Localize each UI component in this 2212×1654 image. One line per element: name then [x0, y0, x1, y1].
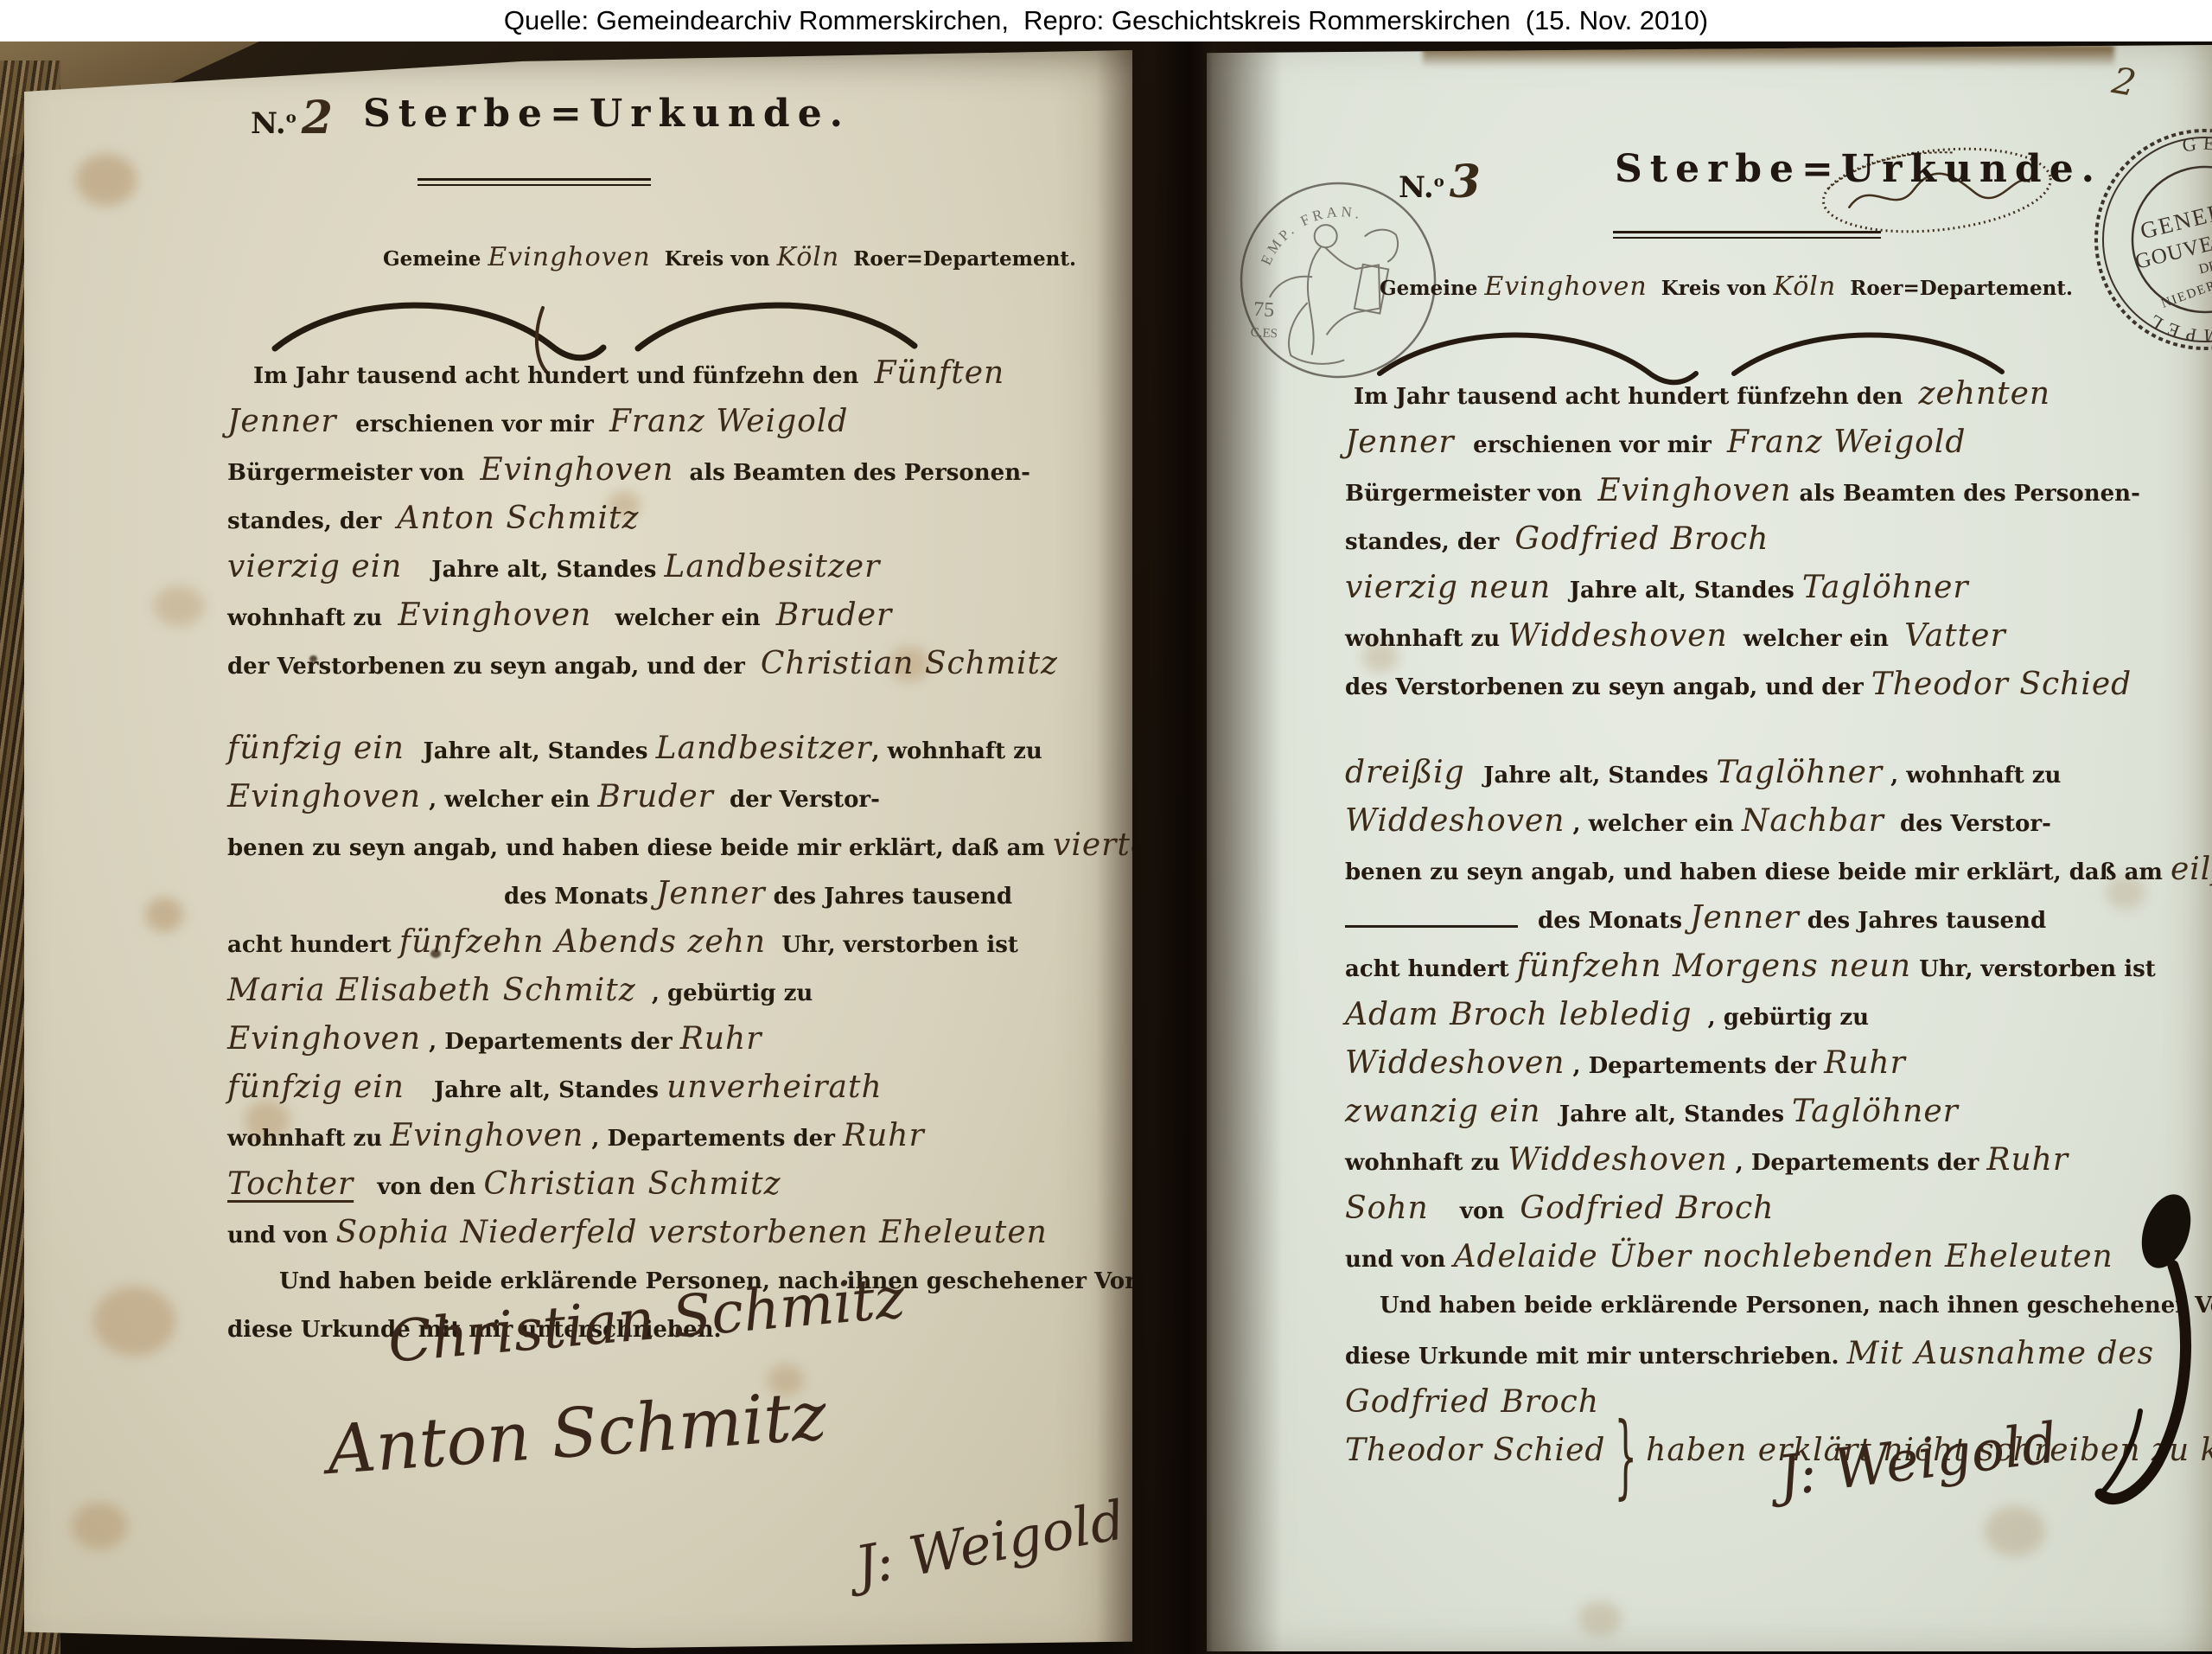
svg-text:GEWÖHNLICHER STEMPEL: GEWÖHNLICHER STEMPEL — [2098, 109, 2212, 364]
printed-form-text: Kreis von — [1648, 277, 1774, 300]
handwritten-entry: Sohn — [1345, 1191, 1429, 1226]
printed-form-text: Jahre alt, Standes — [1552, 1102, 1792, 1127]
printed-form-text: acht hundert — [227, 932, 399, 958]
foxing-stain — [1985, 1506, 2045, 1556]
handwritten-entry: Widdeshoven — [1508, 1142, 1727, 1178]
left-page: N.o2 Sterbe=Urkunde. Gemeine Evinghoven … — [24, 50, 1132, 1648]
gemeine-line-right: Gemeine Evinghoven Kreis von Köln Roer=D… — [1380, 263, 2073, 311]
printed-form-text: der Verstor- — [714, 787, 880, 813]
printed-form-text: Und haben beide erklärende Personen, nac… — [1380, 1293, 2212, 1319]
foxing-stain — [93, 1287, 175, 1356]
handwritten-entry: Jenner — [1690, 900, 1800, 936]
printed-form-text: des Monats — [504, 884, 656, 910]
handwritten-entry: Franz Weigold — [609, 404, 848, 439]
form-line: wohnhaft zu Evinghoven welcher ein Brude… — [227, 591, 1109, 640]
record-number-value: 3 — [1450, 156, 1481, 208]
handwritten-entry: Vatter — [1904, 618, 2006, 654]
form-line: dreißig Jahre alt, Standes Taglöhner , w… — [1345, 749, 2201, 797]
printed-form-text: wohnhaft zu — [1345, 1150, 1508, 1176]
handwritten-entry: Christian Schmitz — [483, 1166, 781, 1202]
handwritten-entry: Godfried Broch — [1345, 1384, 1599, 1420]
form-line: des Verstorbenen zu seyn angab, und der … — [1345, 661, 2201, 709]
form-line: vierzig neun Jahre alt, Standes Taglöhne… — [1345, 564, 2201, 612]
handwritten-entry: unverheirath — [666, 1070, 883, 1105]
handwritten-entry: Evinghoven — [1484, 271, 1647, 302]
form-line: Sohn von Godfried Broch — [1345, 1185, 2201, 1233]
printed-form-text: acht hundert — [1345, 956, 1517, 982]
handwritten-entry: Taglöhner — [1802, 570, 1969, 605]
handwritten-entry: Bruder — [776, 597, 892, 633]
government-stamp-ring-text: GEWÖHNLICHER STEMPEL — [2098, 109, 2212, 364]
handwritten-entry: Fünften — [875, 355, 1005, 391]
source-banner: Quelle: Gemeindearchiv Rommerskirchen, R… — [0, 0, 2212, 42]
handwritten-entry: Taglöhner — [1792, 1094, 1959, 1129]
form-line: Evinghoven , welcher ein Bruder der Vers… — [227, 773, 1109, 821]
handwritten-entry: Sophia Niederfeld verstorbenen Eheleuten — [335, 1215, 1047, 1250]
form-line: standes, der Anton Schmitz — [227, 495, 1109, 543]
revenue-stamp-value: 75 — [1253, 298, 1274, 322]
record-number: N.o2 — [251, 92, 333, 144]
handwritten-entry: Tochter — [227, 1166, 354, 1202]
form-line: fünfzig ein Jahre alt, Standes unverheir… — [227, 1063, 1109, 1112]
printed-form-text: Jahre alt, Standes — [1562, 578, 1802, 603]
printed-form-text: Bürgermeister von — [227, 460, 480, 486]
form-line: Widdeshoven , welcher ein Nachbar des Ve… — [1345, 797, 2201, 846]
form-line: benen zu seyn angab, und haben diese bei… — [227, 821, 1109, 870]
printed-form-text: Jahre alt, Standes — [1476, 763, 1716, 789]
printed-form-text: welcher ein — [1728, 626, 1904, 652]
page-title: Sterbe=Urkunde. — [1615, 147, 2102, 191]
handwritten-entry: fünfzehn Abends zehn — [399, 924, 766, 960]
printed-form-text: Kreis von — [651, 247, 777, 271]
printed-form-text: Gemeine — [1380, 277, 1484, 300]
printed-form-text: Uhr, verstorben ist — [1911, 956, 2156, 982]
form-line: Bürgermeister von Evinghoven als Beamten… — [1345, 467, 2201, 515]
page-title: Sterbe=Urkunde. — [363, 92, 851, 136]
oval-paraph-icon — [1807, 123, 2068, 261]
form-line: fünfzig ein Jahre alt, Standes Landbesit… — [227, 725, 1109, 773]
handwritten-entry: Ruhr — [1824, 1045, 1906, 1081]
form-line: des Monats Jenner des Jahres tausend — [227, 870, 1109, 918]
handwritten-entry: Landbesitzer — [656, 731, 872, 766]
gemeine-line-left: Gemeine Evinghoven Kreis von Köln Roer=D… — [383, 233, 1076, 282]
record-number-label: N. — [1399, 170, 1434, 205]
form-line: benen zu seyn angab, und haben diese bei… — [1345, 846, 2201, 894]
record-number: N.o3 — [1399, 156, 1481, 208]
printed-form-text: wohnhaft zu — [227, 1126, 390, 1152]
handwritten-entry: Mit Ausnahme des — [1847, 1336, 2155, 1371]
handwritten-entry: Taglöhner — [1716, 755, 1883, 790]
handwritten-entry: Bruder — [597, 779, 713, 814]
form-line: Godfried Broch — [1345, 1378, 2201, 1427]
handwritten-entry: Franz Weigold — [1727, 425, 1966, 460]
printed-form-text: , welcher ein — [421, 787, 597, 813]
printed-form-text: der Verstorbenen zu seyn angab, und der — [227, 654, 761, 680]
printed-form-text: des Jahres tausend — [766, 884, 1012, 910]
printed-form-text: , Departements der — [1728, 1150, 1987, 1176]
printed-form-text: welcher ein — [591, 605, 775, 631]
printed-form-text: Bürgermeister von — [1345, 481, 1597, 507]
printed-form-text: , welcher ein — [1565, 811, 1741, 837]
form-line: des Monats Jenner des Jahres tausend — [1345, 894, 2201, 942]
printed-form-text: Jahre alt, Standes — [415, 738, 655, 764]
signature-mayor: J: Weigold — [851, 1488, 1130, 1598]
handwritten-entry: Adelaide Über nochlebenden Eheleuten — [1453, 1239, 2113, 1274]
government-stamp-icon: GEWÖHNLICHER STEMPEL GENERAL GOUVERNMT D… — [2058, 93, 2212, 386]
handwritten-entry: Evinghoven — [1597, 473, 1791, 508]
form-line: und von Sophia Niederfeld verstorbenen E… — [227, 1209, 1109, 1257]
printed-form-text: Gemeine — [383, 247, 488, 271]
blank-rule — [1345, 911, 1518, 928]
printed-form-text: benen zu seyn angab, und haben diese bei… — [227, 835, 1053, 861]
printed-form-text: wohnhaft zu — [1345, 626, 1508, 652]
title-rule — [1613, 231, 1881, 239]
printed-form-text: Jahre alt, Standes — [426, 1077, 666, 1103]
printed-form-text: , gebürtig zu — [1692, 1005, 1870, 1031]
handwritten-entry: Ruhr — [843, 1118, 925, 1153]
printed-form-text: von — [1429, 1198, 1520, 1224]
title-rule — [418, 178, 651, 186]
government-stamp-line: DES — [2197, 257, 2212, 278]
brace-mark: } — [1614, 1396, 1637, 1517]
revenue-stamp-unit: C.ES — [1250, 326, 1278, 342]
signature-declarant-2: Anton Schmitz — [325, 1377, 829, 1490]
printed-form-text: als Beamten des Personen- — [1791, 481, 2139, 507]
right-page: 2 GEWÖHNLICHER STEMPEL GENERAL GOUVERNMT… — [1207, 45, 2212, 1651]
form-line: Im Jahr tausend acht hundert und fünfzeh… — [227, 349, 1109, 398]
printed-form-text: , Departements der — [583, 1126, 843, 1152]
printed-form-text: des Verstor- — [1884, 811, 2051, 837]
handwritten-entry: fünfzig ein — [227, 731, 415, 766]
handwritten-entry: Godfried Broch — [1520, 1191, 1774, 1226]
printed-form-text: Im Jahr tausend acht hundert und fünfzeh… — [253, 363, 875, 389]
handwritten-entry: Widdeshoven — [1508, 618, 1727, 654]
form-line: Tochter von den Christian Schmitz — [227, 1160, 1109, 1209]
printed-form-text: , Departements der — [421, 1029, 680, 1055]
printed-form-text: , wohnhaft zu — [1883, 763, 2061, 789]
svg-text:EMP. FRAN.: EMP. FRAN. — [1258, 199, 1365, 272]
government-stamp-line: NIEDERRHEINS — [2159, 259, 2212, 311]
printed-form-text: standes, der — [227, 508, 397, 534]
form-line: zwanzig ein Jahre alt, Standes Taglöhner — [1345, 1088, 2201, 1136]
handwritten-entry: Ruhr — [680, 1021, 762, 1057]
printed-form-text: von den — [354, 1174, 483, 1200]
handwritten-entry: Evinghoven — [227, 779, 421, 814]
handwritten-entry: Godfried Broch — [1514, 521, 1769, 557]
form-line: acht hundert fünfzehn Morgens neun Uhr, … — [1345, 942, 2201, 991]
handwritten-entry: dreißig — [1345, 755, 1476, 790]
handwritten-entry: Maria Elisabeth Schmitz — [227, 973, 636, 1008]
handwritten-entry: Evinghoven — [480, 452, 673, 488]
handwritten-entry: Nachbar — [1742, 803, 1884, 839]
form-line: acht hundert fünfzehn Abends zehn Uhr, v… — [227, 918, 1109, 967]
foxing-stain — [145, 897, 183, 932]
handwritten-entry: Jenner — [227, 404, 347, 439]
form-line: diese Urkunde mit mir unterschrieben. Mi… — [1345, 1330, 2201, 1378]
government-stamp-line: GENERAL — [2138, 189, 2212, 244]
form-line: Im Jahr tausend acht hundert fünfzehn de… — [1345, 370, 2201, 418]
printed-form-text: des Jahres tausend — [1800, 908, 2046, 934]
form-line: standes, der Godfried Broch — [1345, 515, 2201, 564]
printed-form-text: als Beamten des Personen- — [673, 460, 1030, 486]
left-page-lines: Im Jahr tausend acht hundert und fünfzeh… — [227, 349, 1109, 1354]
printed-form-text: und von — [227, 1223, 335, 1248]
form-line: Gemeine Evinghoven Kreis von Köln Roer=D… — [383, 233, 1076, 282]
handwritten-entry: zehnten — [1919, 376, 2051, 412]
form-line: Jenner erschienen vor mir Franz Weigold — [227, 398, 1109, 446]
handwritten-entry: zwanzig ein — [1345, 1094, 1552, 1129]
form-line: Maria Elisabeth Schmitz , gebürtig zu — [227, 967, 1109, 1015]
handwritten-entry: vierzig neun — [1345, 570, 1562, 605]
handwritten-entry: Evinghoven — [398, 597, 591, 633]
printed-form-text: Jahre alt, Standes — [424, 557, 664, 583]
printed-form-text: , Departements der — [1565, 1053, 1824, 1079]
form-line: Und haben beide erklärende Personen, nac… — [1345, 1281, 2201, 1330]
form-line: Gemeine Evinghoven Kreis von Köln Roer=D… — [1380, 263, 2073, 311]
handwritten-entry: Widdeshoven — [1345, 1045, 1565, 1081]
form-line: wohnhaft zu Widdeshoven welcher ein Vatt… — [1345, 612, 2201, 661]
record-number-value: 2 — [302, 92, 333, 144]
printed-form-text: des Monats — [1530, 908, 1690, 934]
form-line: Bürgermeister von Evinghoven als Beamten… — [227, 446, 1109, 495]
handwritten-entry: Jenner — [1345, 425, 1465, 460]
handwritten-entry: Evinghoven — [390, 1118, 583, 1153]
printed-form-text: Roer=Departement. — [839, 247, 1076, 271]
handwritten-entry: Köln — [777, 242, 840, 272]
handwritten-entry: Köln — [1774, 271, 1837, 302]
printed-form-text: Roer=Departement. — [1836, 277, 2073, 300]
form-line: wohnhaft zu Widdeshoven , Departements d… — [1345, 1136, 2201, 1185]
printed-form-text: benen zu seyn angab, und haben diese bei… — [1345, 859, 2171, 885]
foxing-stain — [1578, 1601, 1622, 1636]
printed-form-text: , gebürtig zu — [636, 980, 813, 1006]
printed-form-text: , wohnhaft zu — [872, 738, 1042, 764]
printed-form-text: wohnhaft zu — [227, 605, 398, 631]
form-line: Adam Broch lebledig , gebürtig zu — [1345, 991, 2201, 1039]
foxing-stain — [72, 1503, 127, 1549]
printed-form-text: des Verstorbenen zu seyn angab, und der — [1345, 674, 1871, 700]
printed-form-text: Uhr, verstorben ist — [766, 932, 1018, 958]
record-number-label: N. — [251, 106, 286, 141]
record-number-sup: o — [1434, 173, 1444, 191]
revenue-stamp-arc-text: EMP. FRAN. — [1258, 199, 1365, 272]
form-line: Evinghoven , Departements der Ruhr — [227, 1015, 1109, 1063]
handwritten-entry: Adam Broch lebledig — [1345, 997, 1692, 1032]
handwritten-entry: Ruhr — [1986, 1142, 2069, 1178]
register-photo: Quelle: Gemeindearchiv Rommerskirchen, R… — [0, 0, 2212, 1654]
printed-form-text: erschienen vor mir — [347, 412, 609, 437]
foxing-stain — [154, 586, 204, 626]
form-line: Widdeshoven , Departements der Ruhr — [1345, 1039, 2201, 1088]
handwritten-entry: Jenner — [656, 876, 766, 911]
form-line: Theodor Schied}haben erklärt nicht schre… — [1345, 1427, 2201, 1475]
handwritten-entry: Theodor Schied — [1345, 1433, 1605, 1468]
handwritten-entry: Landbesitzer — [664, 549, 880, 584]
handwritten-entry: Anton Schmitz — [397, 501, 639, 536]
form-line: wohnhaft zu Evinghoven , Departements de… — [227, 1112, 1109, 1160]
government-stamp-line: GOUVERNMT — [2132, 216, 2212, 274]
foxing-stain — [76, 154, 137, 206]
form-line: und von Adelaide Über nochlebenden Ehele… — [1345, 1233, 2201, 1281]
burnt-top-edge — [1423, 45, 2114, 67]
handwritten-entry: fünfzig ein — [227, 1070, 426, 1105]
handwritten-entry: fünfzehn Morgens neun — [1517, 948, 1911, 984]
handwritten-entry: Theodor Schied — [1871, 667, 2132, 702]
printed-form-text: und von — [1345, 1247, 1453, 1273]
record-number-sup: o — [286, 109, 296, 127]
printed-form-text: Im Jahr tausend acht hundert fünfzehn de… — [1354, 384, 1919, 410]
source-banner-text: Quelle: Gemeindearchiv Rommerskirchen, R… — [504, 5, 1708, 36]
printed-form-text: diese Urkunde mit mir unterschrieben. — [1345, 1344, 1847, 1370]
handwritten-entry: eilften — [2171, 852, 2212, 887]
form-line: vierzig ein Jahre alt, Standes Landbesit… — [227, 543, 1109, 591]
printed-form-text: erschienen vor mir — [1465, 432, 1727, 458]
printed-form-text: standes, der — [1345, 529, 1514, 555]
handwritten-entry: Evinghoven — [488, 242, 650, 272]
handwritten-entry: vierten — [1053, 827, 1132, 863]
handwritten-entry: vierzig ein — [227, 549, 424, 584]
handwritten-entry: Widdeshoven — [1345, 803, 1565, 839]
handwritten-entry: Evinghoven — [227, 1021, 421, 1057]
form-line: der Verstorbenen zu seyn angab, und der … — [227, 640, 1109, 688]
handwritten-entry: Christian Schmitz — [761, 646, 1058, 681]
right-page-lines: Im Jahr tausend acht hundert fünfzehn de… — [1345, 370, 2201, 1475]
form-line: Jenner erschienen vor mir Franz Weigold — [1345, 418, 2201, 467]
